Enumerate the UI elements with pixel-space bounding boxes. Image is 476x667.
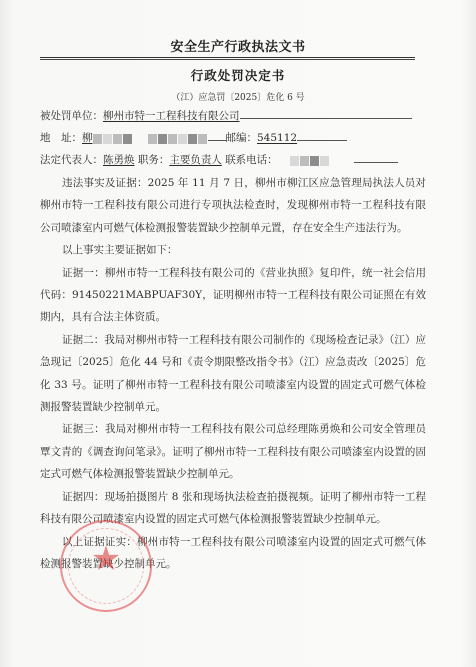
- penalized-unit-label: 被处罚单位：: [40, 110, 103, 122]
- address-row: 地 址：柳邮编：545112: [40, 129, 415, 145]
- address-redacted: [93, 133, 208, 143]
- document-page: 安全生产行政执法文书 行政处罚决定书 （江）应急罚〔2025〕危化 6 号 被处…: [0, 0, 476, 667]
- phone-redacted: [290, 155, 330, 165]
- position-value: 主要负责人: [169, 154, 222, 166]
- fill-line: [208, 129, 226, 141]
- evidence-2-paragraph: 证据二：我局对柳州市特一工程科技有限公司制作的《现场检查记录》（江）应急现记〔2…: [40, 329, 426, 419]
- evidence-4-paragraph: 证据四：现场拍摄图片 8 张和现场执法检查拍摄视频。证明了柳州市特一工程科技有限…: [40, 486, 426, 531]
- header-divider: [40, 57, 415, 60]
- legal-rep-row: 法定代表人：陈勇焕 职务：主要负责人 联系电话：: [40, 151, 415, 167]
- evidence-conclusion-paragraph: 以上证据证实：柳州市特一工程科技有限公司喷漆室内设置的固定式可燃气体检测报警装置…: [40, 531, 426, 576]
- document-header-title: 安全生产行政执法文书: [0, 36, 476, 55]
- evidence-1-paragraph: 证据一：柳州市特一工程科技有限公司的《营业执照》复印件，统一社会信用代码：914…: [40, 262, 426, 329]
- evidence-3-paragraph: 证据三：我局对柳州市特一工程科技有限公司总经理陈勇焕和公司安全管理员覃文青的《调…: [40, 418, 426, 485]
- document-body: 违法事实及证据：2025 年 11 月 7 日，柳州市柳江区应急管理局执法人员对…: [40, 172, 426, 575]
- address-label: 地 址：: [40, 132, 82, 144]
- violation-facts-paragraph: 违法事实及证据：2025 年 11 月 7 日，柳州市柳江区应急管理局执法人员对…: [40, 172, 426, 239]
- legal-rep-value: 陈勇焕: [103, 154, 135, 166]
- position-label: 职务：: [138, 154, 170, 166]
- fill-line: [297, 129, 347, 141]
- phone-label: 联系电话：: [225, 154, 278, 166]
- evidence-intro-paragraph: 以上事实主要证据如下：: [40, 239, 426, 261]
- penalized-unit-row: 被处罚单位：柳州市特一工程科技有限公司: [40, 107, 415, 123]
- penalized-unit-value: 柳州市特一工程科技有限公司: [103, 110, 240, 122]
- fill-line: [240, 107, 412, 119]
- document-number: （江）应急罚〔2025〕危化 6 号: [0, 90, 476, 103]
- legal-rep-label: 法定代表人：: [40, 154, 103, 166]
- postcode-value: 545112: [257, 132, 297, 144]
- address-value-prefix: 柳: [82, 132, 93, 144]
- document-title: 行政处罚决定书: [0, 66, 476, 84]
- fill-line: [354, 151, 398, 163]
- postcode-label: 邮编：: [226, 132, 258, 144]
